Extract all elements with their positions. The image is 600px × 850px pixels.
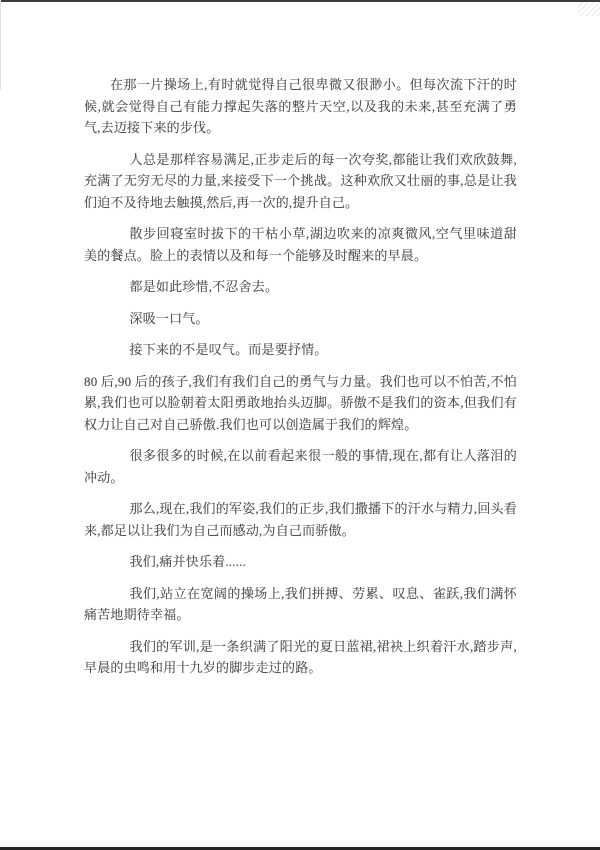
page-curl-artifact <box>578 2 600 16</box>
document-page: 在那一片操场上,有时就觉得自己很卑微又很渺小。但每次流下汗的时候,就会觉得自己有… <box>0 0 600 850</box>
scan-edge-left <box>0 0 1 90</box>
paragraph: 那么,现在,我们的军姿,我们的正步,我们撒播下的汗水与精力,回头看来,都足以让我… <box>84 498 517 541</box>
paragraph: 接下来的不是叹气。而是要抒情。 <box>84 339 517 361</box>
paragraph: 深吸一口气。 <box>84 308 517 330</box>
essay-body: 在那一片操场上,有时就觉得自己很卑微又很渺小。但每次流下汗的时候,就会觉得自己有… <box>84 74 517 689</box>
paragraph: 散步回寝室时拔下的干枯小草,湖边吹来的凉爽微风,空气里味道甜美的餐点。脸上的表情… <box>84 223 517 266</box>
paragraph: 在那一片操场上,有时就觉得自己很卑微又很渺小。但每次流下汗的时候,就会觉得自己有… <box>84 74 517 139</box>
paragraph: 都是如此珍惜,不忍舍去。 <box>84 276 517 298</box>
paragraph: 很多很多的时候,在以前看起来很一般的事情,现在,都有让人落泪的冲动。 <box>84 445 517 488</box>
scan-edge-top <box>0 0 600 2</box>
paragraph: 80 后,90 后的孩子,我们有我们自己的勇气与力量。我们也可以不怕苦,不怕累,… <box>84 371 517 436</box>
paragraph: 我们的军训,是一条织满了阳光的夏日蓝裙,裙袂上织着汗水,踏步声,早晨的虫鸣和用十… <box>84 636 517 679</box>
paragraph: 我们,站立在宽阔的操场上,我们拼搏、劳累、叹息、雀跃,我们满怀痛苦地期待幸福。 <box>84 583 517 626</box>
paragraph: 我们,痛并快乐着...... <box>84 551 517 573</box>
paragraph: 人总是那样容易满足,正步走后的每一次夸奖,都能让我们欢欣鼓舞,充满了无穷无尽的力… <box>84 149 517 214</box>
